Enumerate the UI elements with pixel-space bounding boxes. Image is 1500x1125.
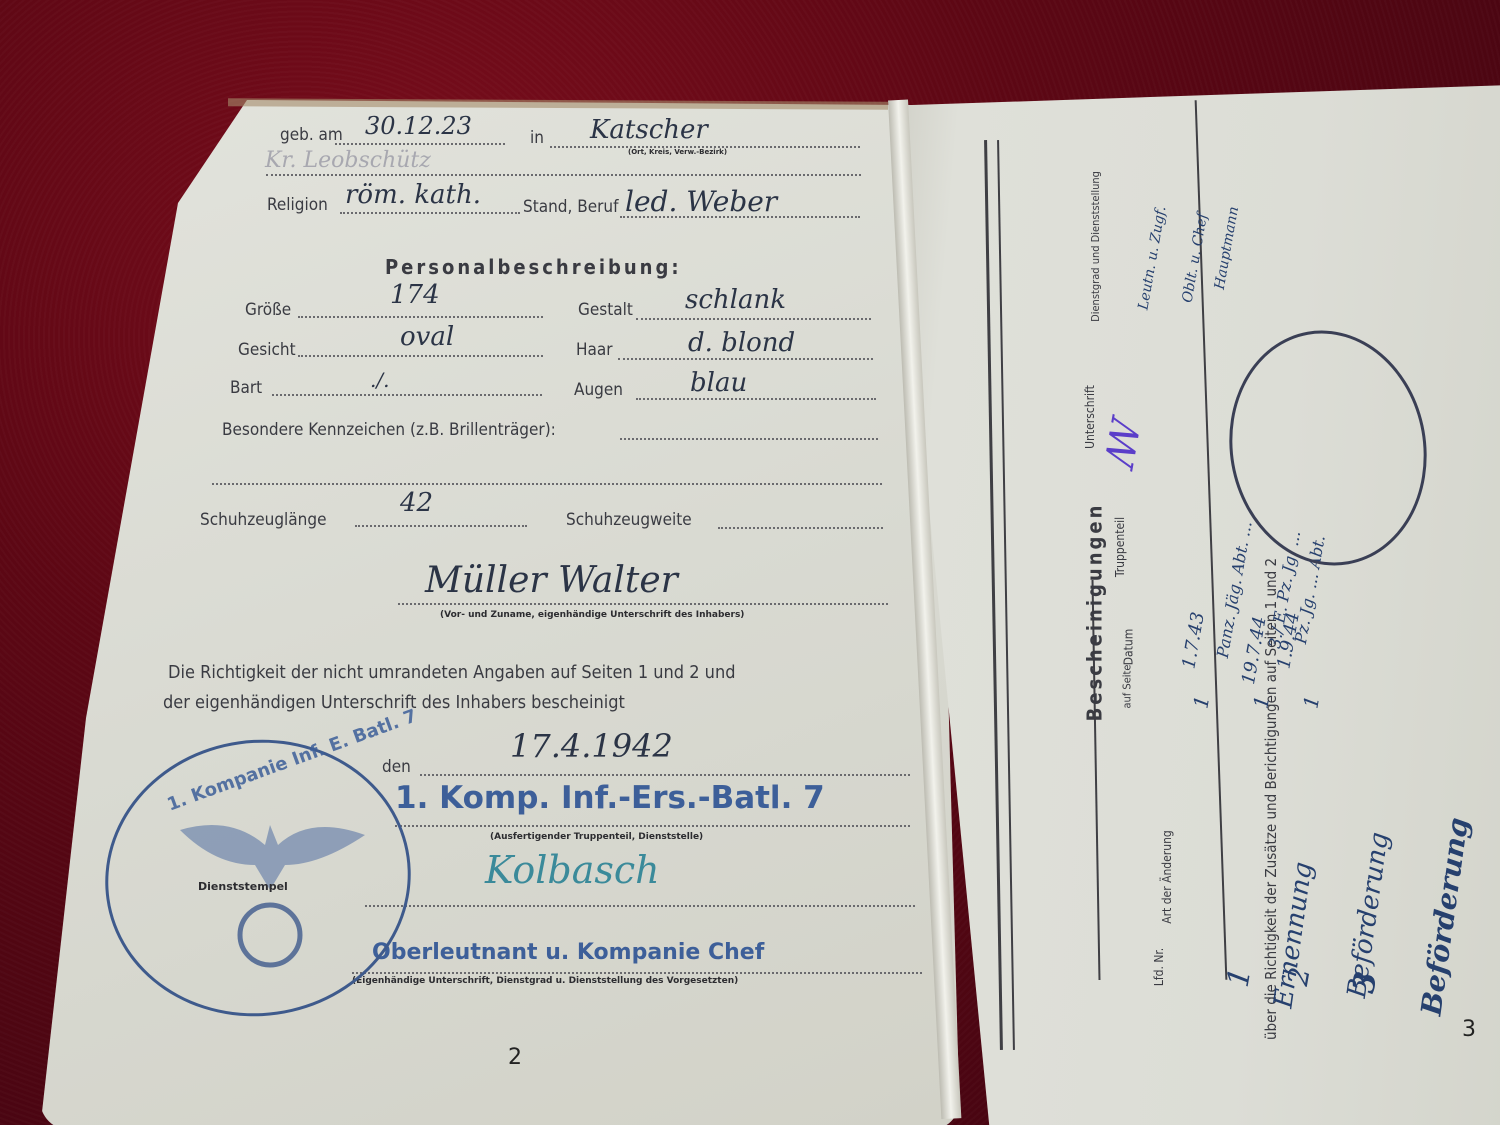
unit-stamp: 1. Komp. Inf.-Ers.-Batl. 7 [395,780,825,816]
dotted-line [340,212,520,214]
birth-date-value: 30.12.23 [365,112,472,140]
col-unterschrift: Unterschrift [1083,385,1097,449]
certification-date: 17.4.1942 [510,727,673,765]
certification-line-2: der eigenhändigen Unterschrift des Inhab… [163,692,625,713]
dotted-line [212,483,882,485]
dotted-line [298,316,543,318]
eyes-label: Augen [574,380,623,400]
certifications-title: Bescheinigungen [1082,503,1106,722]
stand-beruf-value: led. Weber [625,185,777,218]
beard-label: Bart [230,378,262,398]
dotted-line [266,174,861,176]
col-lfd-nr: Lfd. Nr. [1152,948,1166,986]
special-marks-label: Besondere Kennzeichen (z.B. Brillenträge… [222,420,556,440]
birth-place-in-label: in [530,128,544,148]
dotted-line [618,358,873,360]
page-number-right: 3 [1462,1017,1476,1042]
holder-signature: Müller Walter [425,560,678,601]
description-heading: Personalbeschreibung: [385,255,682,279]
hair-label: Haar [576,340,613,360]
seal-center-label: Dienststempel [198,880,288,893]
dotted-line [365,905,915,907]
height-value: 174 [390,280,440,310]
district-value: Kr. Leobschütz [265,148,431,173]
religion-label: Religion [267,195,328,215]
dotted-line [398,603,888,605]
holder-signature-hint: (Vor- und Zuname, eigenhändige Unterschr… [440,610,744,620]
dotted-line [420,774,910,776]
officer-signature: Kolbasch [485,848,660,892]
dotted-line [335,143,505,145]
certification-line-1: Die Richtigkeit der nicht umrandeten Ang… [168,662,736,683]
col-truppenteil: Truppenteil [1113,517,1127,577]
shoe-length-value: 42 [400,488,433,518]
height-label: Größe [245,300,291,320]
build-label: Gestalt [578,300,633,320]
col-datum: Datum [1121,629,1135,666]
religion-value: röm. kath. [345,180,481,210]
den-label: den [382,757,411,777]
place-hint: (Ort, Kreis, Verw.-Bezirk) [628,148,727,156]
col-dienstgrad: Dienstgrad und Dienststellung [1089,171,1102,322]
dotted-line [352,972,922,974]
face-value: oval [400,322,454,352]
officer-rank-stamp: Oberleutnant u. Kompanie Chef [372,940,764,965]
dotted-line [272,394,542,396]
birth-date-label: geb. am [280,125,343,145]
beard-value: ./. [370,368,389,392]
dotted-line [620,438,878,440]
birth-place-value: Katscher [590,115,708,145]
shoe-length-label: Schuhzeuglänge [200,510,327,530]
face-label: Gesicht [238,340,296,360]
dotted-line [395,825,910,827]
officer-hint: (Eigenhändige Unterschrift, Dienstgrad u… [352,976,738,986]
dotted-line [355,525,527,527]
row-1-unterschrift: ꟿ [1097,415,1151,470]
page-number-left: 2 [508,1045,522,1070]
dotted-line [636,398,876,400]
dotted-line [298,355,543,357]
stand-beruf-label: Stand, Beruf [523,197,618,217]
build-value: schlank [685,285,786,315]
unit-hint: (Ausfertigender Truppenteil, Dienststell… [490,832,703,842]
hair-value: d. blond [688,328,795,358]
col-auf-seite: auf Seite [1121,664,1134,708]
dotted-line [636,318,871,320]
shoe-width-label: Schuhzeugweite [566,510,692,530]
col-art: Art der Änderung [1160,830,1174,924]
dotted-line [718,527,883,529]
eyes-value: blau [690,368,747,398]
